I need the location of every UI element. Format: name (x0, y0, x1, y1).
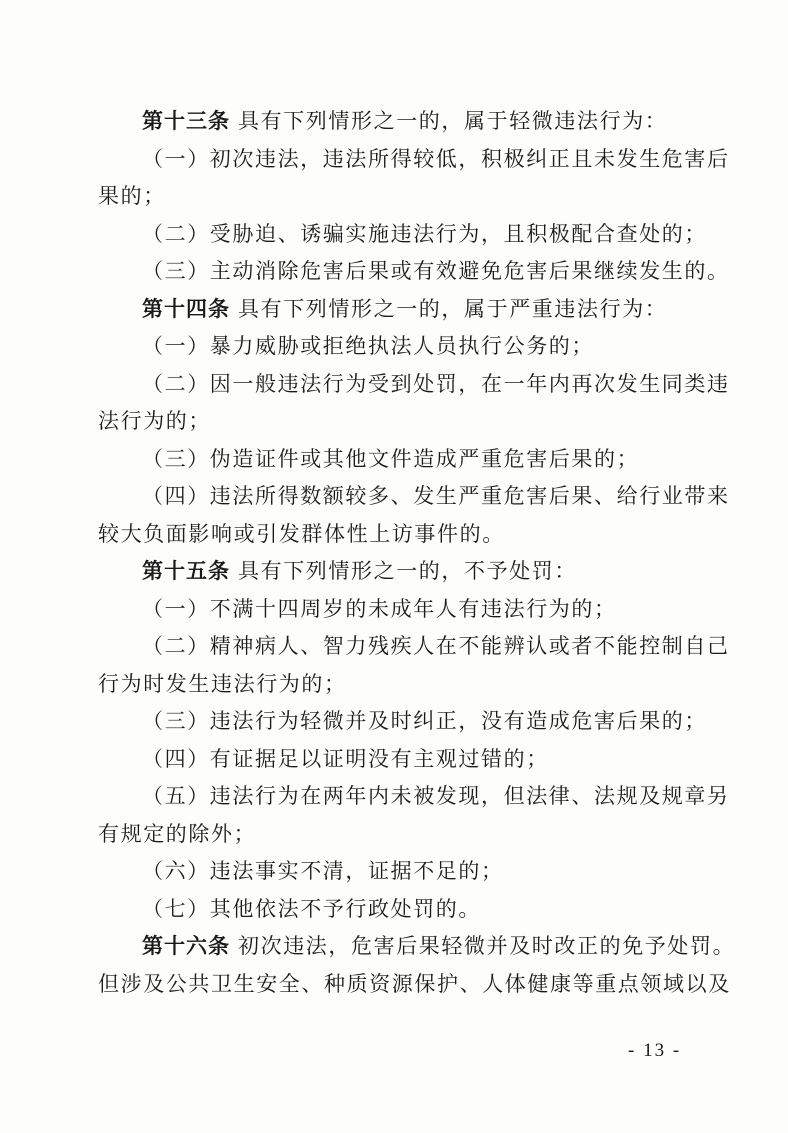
document-page: 第十三条具有下列情形之一的，属于轻微违法行为： （一）初次违法，违法所得较低，积… (0, 0, 788, 1133)
article-14-item-2: （二）因一般违法行为受到处罚，在一年内再次发生同类违 (98, 366, 698, 404)
article-text: 具有下列情形之一的，不予处罚： (238, 559, 577, 583)
article-text: 具有下列情形之一的，属于轻微违法行为： (238, 109, 667, 133)
article-13-item-2: （二）受胁迫、诱骗实施违法行为，且积极配合查处的； (98, 216, 698, 254)
article-14-heading: 第十四条具有下列情形之一的，属于严重违法行为： (98, 291, 698, 329)
page-number: - 13 - (628, 1040, 681, 1062)
article-15-item-2-cont: 行为时发生违法行为的； (98, 666, 698, 704)
article-15-item-3: （三）违法行为轻微并及时纠正，没有造成危害后果的； (98, 703, 698, 741)
article-16-cont: 但涉及公共卫生安全、种质资源保护、人体健康等重点领域以及 (98, 966, 698, 1004)
article-15-heading: 第十五条具有下列情形之一的，不予处罚： (98, 553, 698, 591)
article-15-item-4: （四）有证据足以证明没有主观过错的； (98, 741, 698, 779)
article-13-item-3: （三）主动消除危害后果或有效避免危害后果继续发生的。 (98, 253, 698, 291)
article-13-heading: 第十三条具有下列情形之一的，属于轻微违法行为： (98, 103, 698, 141)
article-16-heading: 第十六条初次违法，危害后果轻微并及时改正的免予处罚。 (98, 928, 698, 966)
article-14-item-2-cont: 法行为的； (98, 403, 698, 441)
article-14-item-1: （一）暴力威胁或拒绝执法人员执行公务的； (98, 328, 698, 366)
article-number: 第十三条 (142, 109, 230, 133)
article-15-item-7: （七）其他依法不予行政处罚的。 (98, 891, 698, 929)
article-15-item-5: （五）违法行为在两年内未被发现，但法律、法规及规章另 (98, 778, 698, 816)
article-13-item-1: （一）初次违法，违法所得较低，积极纠正且未发生危害后 (98, 141, 698, 179)
article-14-item-3: （三）伪造证件或其他文件造成严重危害后果的； (98, 441, 698, 479)
article-15-item-5-cont: 有规定的除外； (98, 816, 698, 854)
article-number: 第十四条 (142, 297, 230, 321)
article-15-item-2: （二）精神病人、智力残疾人在不能辨认或者不能控制自己 (98, 628, 698, 666)
article-15-item-6: （六）违法事实不清，证据不足的； (98, 853, 698, 891)
article-text: 初次违法，危害后果轻微并及时改正的免予处罚。 (238, 934, 735, 958)
article-15-item-1: （一）不满十四周岁的未成年人有违法行为的； (98, 591, 698, 629)
article-number: 第十五条 (142, 559, 230, 583)
document-body: 第十三条具有下列情形之一的，属于轻微违法行为： （一）初次违法，违法所得较低，积… (98, 103, 698, 1003)
article-text: 具有下列情形之一的，属于严重违法行为： (238, 297, 667, 321)
article-14-item-4-cont: 较大负面影响或引发群体性上访事件的。 (98, 516, 698, 554)
article-14-item-4: （四）违法所得数额较多、发生严重危害后果、给行业带来 (98, 478, 698, 516)
article-number: 第十六条 (142, 934, 230, 958)
article-13-item-1-cont: 果的； (98, 178, 698, 216)
